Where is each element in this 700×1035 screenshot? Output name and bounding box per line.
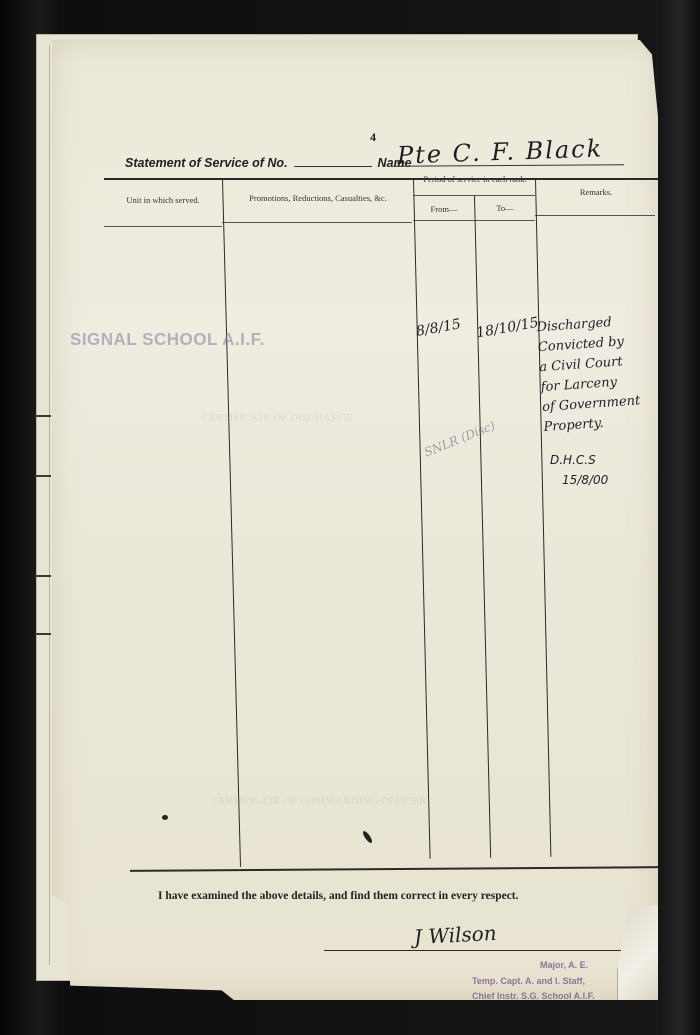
header-remarks: Remarks. [537,187,655,197]
service-number-field [294,165,372,167]
header-bottom-rule [104,226,222,227]
page-aging-shadow [52,40,658,1000]
form-title-text: Statement of Service of No. [125,156,288,170]
header-from: From— [414,204,474,214]
officer-stamp-title: Chief Instr. S.G. School A.I.F. [472,991,595,1001]
bleed-through-heading: CERTIFICATE OF COMMANDING OFFICER [212,795,426,807]
header-period: Period of service in each rank. [420,174,530,184]
back-sheet-fold [49,45,50,965]
edge-tear [35,415,51,417]
header-bottom-rule [222,222,412,223]
form-title: Statement of Service of No.Name [125,156,412,170]
certification-text: I have examined the above details, and f… [158,890,519,902]
bleed-through-heading: CERTIFICATE OF DISCHARGE [202,412,353,424]
page-number: 4 [370,130,376,145]
header-bottom-rule [535,215,655,216]
debris-speck [162,815,168,820]
remarks-signoff-initials: D.H.C.S [550,450,608,470]
header-unit: Unit in which served. [104,195,222,205]
officer-stamp-rank: Major, A. E. [540,960,588,970]
edge-tear [35,575,51,577]
remarks-signoff: D.H.C.S 15/8/00 [550,450,608,490]
header-to: To— [475,203,535,213]
unit-stamp: SIGNAL SCHOOL A.I.F. [70,330,265,351]
service-record-page: CERTIFICATE OF DISCHARGE CERTIFICATE OF … [52,40,658,1000]
remarks-signoff-date: 15/8/00 [550,470,608,490]
remarks-handwritten: Discharged Convicted by a Civil Court fo… [536,310,664,438]
officer-stamp-appointment: Temp. Capt. A. and I. Staff, [472,976,585,986]
table-top-rule [104,178,659,180]
signature-line [324,950,654,951]
edge-tear [35,475,51,477]
edge-tear [35,633,51,635]
officer-signature: J Wilson [413,921,497,949]
header-promotions: Promotions, Reductions, Casualties, &c. [224,193,412,203]
